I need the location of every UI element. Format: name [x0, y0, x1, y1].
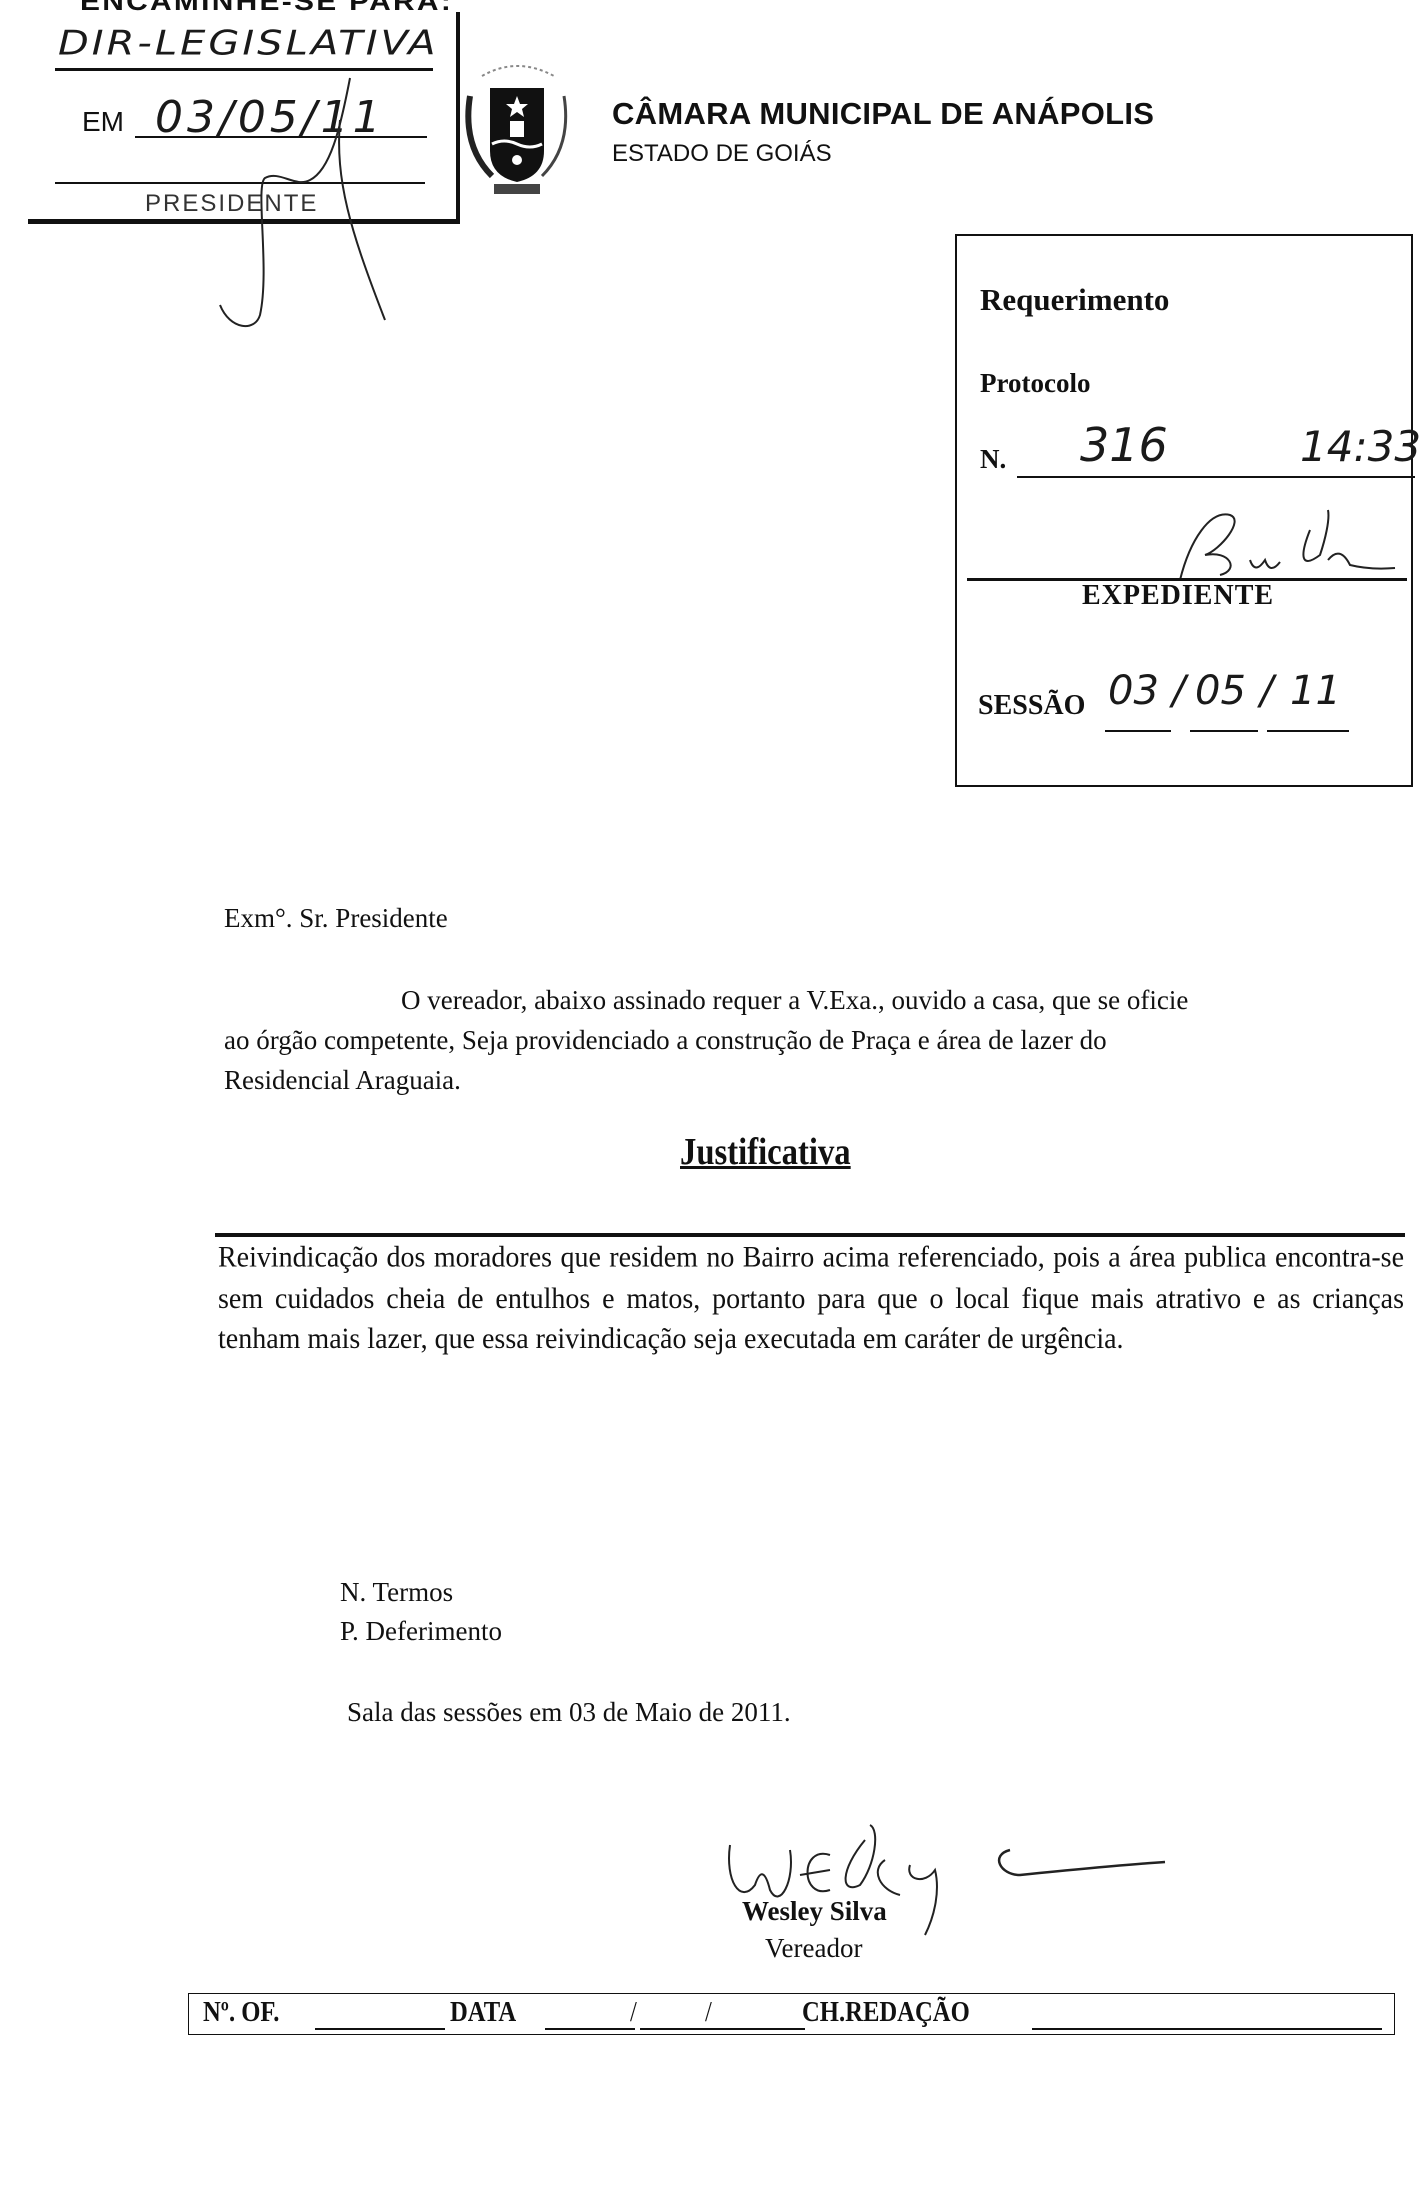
- request-line-3: Residencial Araguaia.: [224, 1060, 461, 1100]
- request-line-2: ao órgão competente, Seja providenciado …: [224, 1020, 1107, 1060]
- protocol-time-value: 14:33: [1300, 422, 1421, 471]
- sessao-year-line: [1267, 730, 1349, 732]
- date-sep-1: /: [630, 1996, 637, 2029]
- sessao-day-line: [1105, 730, 1171, 732]
- protocol-number-line: [1017, 476, 1415, 478]
- justification-rule: [215, 1233, 1405, 1237]
- of-number-label: Nº. OF.: [203, 1996, 279, 2029]
- redacao-line: [1032, 2028, 1382, 2030]
- sessao-year: 11: [1290, 668, 1341, 714]
- protocol-number-value: 316: [1080, 418, 1168, 472]
- signer-name: Wesley Silva: [742, 1896, 887, 1927]
- protocol-box-title: Requerimento: [980, 282, 1169, 318]
- stamp-em-label: EM: [82, 106, 124, 138]
- closing-termos: N. Termos: [340, 1572, 453, 1612]
- coat-of-arms-icon: [462, 56, 572, 204]
- stamp-header: ENCAMINHE-SE PARA:: [80, 0, 453, 17]
- protocol-clerk-signature: [1160, 500, 1400, 590]
- institution-title: CÂMARA MUNICIPAL DE ANÁPOLIS: [612, 96, 1154, 132]
- date-year-line: [715, 2028, 805, 2030]
- sessao-month-line: [1190, 730, 1258, 732]
- closing-deferimento: P. Deferimento: [340, 1611, 502, 1651]
- date-day-line: [545, 2028, 635, 2030]
- date-sep-2: /: [705, 1996, 712, 2029]
- sessao-label: SESSÃO: [978, 690, 1085, 722]
- protocol-number-label: N.: [980, 444, 1006, 475]
- justification-title: Justificativa: [680, 1130, 851, 1174]
- salutation: Exm°. Sr. Presidente: [224, 898, 448, 938]
- place-date: Sala das sessões em 03 de Maio de 2011.: [347, 1692, 791, 1732]
- institution-subtitle: ESTADO DE GOIÁS: [612, 140, 832, 168]
- sessao-month: 05: [1195, 668, 1246, 714]
- protocol-label: Protocolo: [980, 368, 1090, 399]
- date-month-line: [640, 2028, 715, 2030]
- sessao-sep-2: /: [1260, 668, 1273, 714]
- data-label: DATA: [450, 1996, 516, 2029]
- sessao-day: 03: [1108, 668, 1159, 714]
- of-number-line: [315, 2028, 445, 2030]
- signer-role: Vereador: [765, 1928, 862, 1968]
- president-signature: [200, 70, 400, 340]
- stamp-destination: DIR-LEGISLATIVA: [58, 24, 439, 63]
- request-line-1: O vereador, abaixo assinado requer a V.E…: [401, 980, 1188, 1020]
- sessao-sep-1: /: [1172, 668, 1185, 714]
- stamp-right-border: [456, 12, 460, 224]
- justification-text: Reivindicação dos moradores que residem …: [218, 1238, 1404, 1360]
- expediente-label: EXPEDIENTE: [1082, 580, 1274, 612]
- redacao-label: CH.REDAÇÃO: [802, 1996, 970, 2029]
